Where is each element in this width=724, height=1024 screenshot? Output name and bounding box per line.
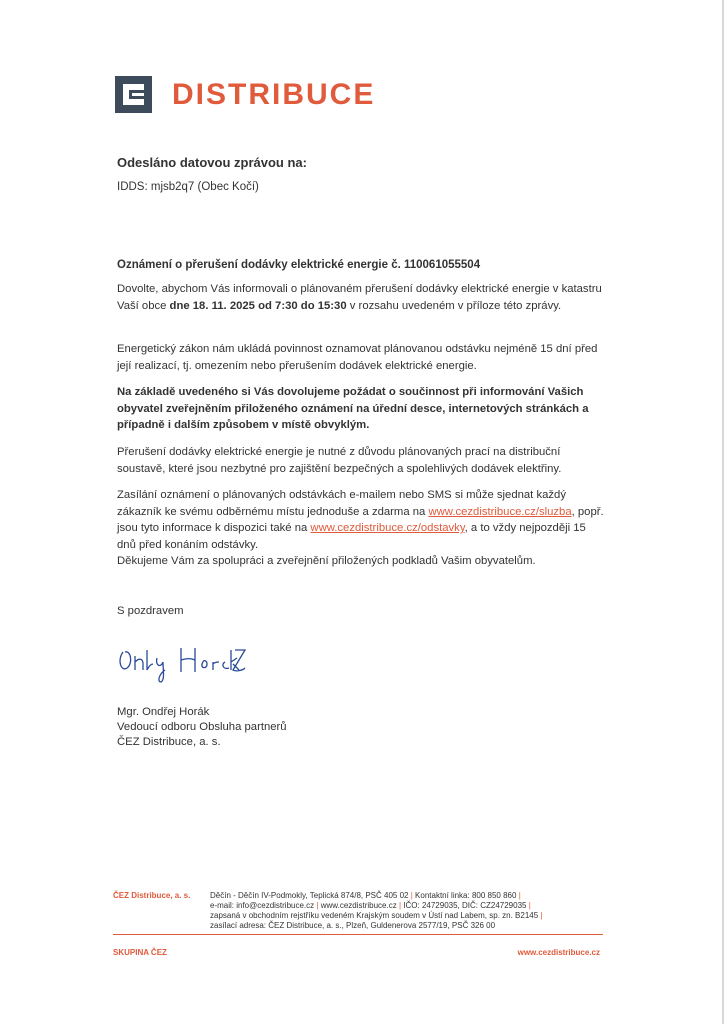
- footer-registry: zapsaná v obchodním rejstříku vedeném Kr…: [210, 911, 538, 920]
- footer-mail-address: zasílací adresa: ČEZ Distribuce, a. s., …: [210, 921, 495, 930]
- footer-url[interactable]: www.cezdistribuce.cz: [518, 948, 600, 957]
- footer-web: www.cezdistribuce.cz: [321, 901, 397, 910]
- footer-divider: [113, 934, 603, 935]
- link-sluzba[interactable]: www.cezdistribuce.cz/sluzba: [428, 506, 571, 518]
- recipient-idds: IDDS: mjsb2q7 (Obec Kočí): [117, 181, 259, 193]
- separator: |: [316, 901, 318, 910]
- greeting: S pozdravem: [117, 603, 607, 620]
- footer-company: ČEZ Distribuce, a. s.: [113, 891, 190, 900]
- outage-date-time: dne 18. 11. 2025 od 7:30 do 15:30: [170, 300, 347, 312]
- separator: |: [399, 901, 401, 910]
- cez-e-logo-icon: [115, 76, 152, 113]
- intro-text-end: v rozsahu uvedeném v příloze této zprávy…: [347, 300, 562, 312]
- footer-hotline: Kontaktní linka: 800 850 860: [415, 891, 516, 900]
- paragraph-intro: Dovolte, abychom Vás informovali o pláno…: [117, 281, 607, 314]
- paragraph-thanks: Děkujeme Vám za spolupráci a zveřejnění …: [117, 553, 607, 570]
- handwritten-signature-icon: [117, 640, 247, 685]
- sent-via-title: Odesláno datovou zprávou na:: [117, 155, 307, 170]
- letter-page: DISTRIBUCE Odesláno datovou zprávou na: …: [0, 0, 724, 1024]
- brand-name: DISTRIBUCE: [172, 78, 375, 112]
- footer-details: Děčín - Děčín IV-Podmokly, Teplická 874/…: [210, 891, 610, 931]
- separator: |: [519, 891, 521, 900]
- paragraph-reason: Přerušení dodávky elektrické energie je …: [117, 444, 607, 477]
- company-logo: DISTRIBUCE: [115, 76, 375, 113]
- letter-subject: Oznámení o přerušení dodávky elektrické …: [117, 257, 607, 274]
- signer-block: Mgr. Ondřej Horák Vedoucí odboru Obsluha…: [117, 705, 607, 750]
- footer-ids: IČO: 24729035, DIČ: CZ24729035: [403, 901, 526, 910]
- link-odstavky[interactable]: www.cezdistribuce.cz/odstavky: [310, 522, 464, 534]
- separator: |: [411, 891, 413, 900]
- footer-group: SKUPINA ČEZ: [113, 948, 167, 957]
- signer-role: Vedoucí odboru Obsluha partnerů: [117, 720, 607, 735]
- separator: |: [540, 911, 542, 920]
- signer-company: ČEZ Distribuce, a. s.: [117, 735, 607, 750]
- separator: |: [529, 901, 531, 910]
- footer-email: e-mail: info@cezdistribuce.cz: [210, 901, 314, 910]
- paragraph-law: Energetický zákon nám ukládá povinnost o…: [117, 341, 607, 374]
- paragraph-notifications: Zasílání oznámení o plánovaných odstávká…: [117, 487, 607, 553]
- paragraph-request: Na základě uvedeného si Vás dovolujeme p…: [117, 384, 607, 434]
- signer-name: Mgr. Ondřej Horák: [117, 705, 607, 720]
- footer-address: Děčín - Děčín IV-Podmokly, Teplická 874/…: [210, 891, 408, 900]
